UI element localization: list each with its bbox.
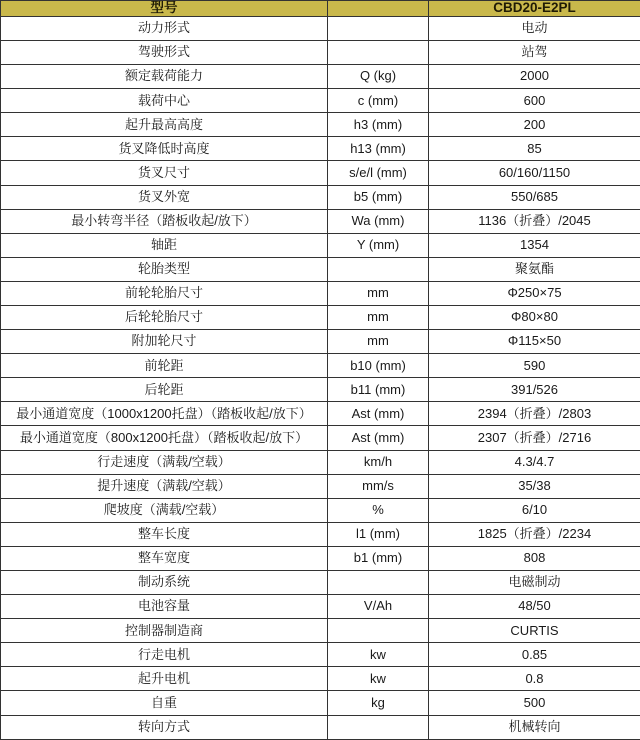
spec-unit: kw: [328, 643, 429, 667]
spec-label: 行走电机: [1, 643, 328, 667]
spec-value: 2307（折叠）/2716: [429, 426, 640, 450]
spec-value: 200: [429, 113, 640, 137]
spec-label: 转向方式: [1, 715, 328, 739]
spec-label: 载荷中心: [1, 89, 328, 113]
spec-label: 驾驶形式: [1, 40, 328, 64]
spec-label: 提升速度（满载/空载）: [1, 474, 328, 498]
spec-unit: mm: [328, 305, 429, 329]
spec-unit: kw: [328, 667, 429, 691]
spec-value: 391/526: [429, 378, 640, 402]
spec-value: 808: [429, 546, 640, 570]
spec-value: 6/10: [429, 498, 640, 522]
spec-unit: [328, 257, 429, 281]
spec-label: 轮胎类型: [1, 257, 328, 281]
spec-label: 货叉降低时高度: [1, 137, 328, 161]
header-model-label: 型号: [1, 1, 328, 17]
spec-value: 0.85: [429, 643, 640, 667]
spec-value: 站驾: [429, 40, 640, 64]
spec-label: 电池容量: [1, 595, 328, 619]
spec-value: 0.8: [429, 667, 640, 691]
spec-unit: km/h: [328, 450, 429, 474]
spec-row: 行走速度（满载/空载）km/h4.3/4.7: [1, 450, 640, 474]
spec-table-body: 动力形式电动驾驶形式站驾额定载荷能力Q (kg)2000载荷中心c (mm)60…: [1, 16, 640, 739]
spec-label: 货叉尺寸: [1, 161, 328, 185]
spec-value: 聚氨酯: [429, 257, 640, 281]
spec-row: 前轮距b10 (mm)590: [1, 354, 640, 378]
spec-label: 额定载荷能力: [1, 65, 328, 89]
spec-label: 控制器制造商: [1, 619, 328, 643]
spec-row: 货叉尺寸s/e/l (mm)60/160/1150: [1, 161, 640, 185]
spec-value: 机械转向: [429, 715, 640, 739]
spec-label: 后轮距: [1, 378, 328, 402]
spec-row: 前轮轮胎尺寸mmΦ250×75: [1, 281, 640, 305]
spec-row: 轮胎类型聚氨酯: [1, 257, 640, 281]
spec-row: 后轮距b11 (mm)391/526: [1, 378, 640, 402]
spec-unit: mm: [328, 281, 429, 305]
spec-unit: b1 (mm): [328, 546, 429, 570]
spec-row: 后轮轮胎尺寸mmΦ80×80: [1, 305, 640, 329]
spec-unit: b10 (mm): [328, 354, 429, 378]
spec-label: 爬坡度（满载/空载）: [1, 498, 328, 522]
spec-label: 行走速度（满载/空载）: [1, 450, 328, 474]
spec-unit: %: [328, 498, 429, 522]
spec-label: 整车宽度: [1, 546, 328, 570]
spec-value: CURTIS: [429, 619, 640, 643]
spec-unit: [328, 40, 429, 64]
spec-value: Φ80×80: [429, 305, 640, 329]
spec-row: 轴距Y (mm)1354: [1, 233, 640, 257]
spec-value: 35/38: [429, 474, 640, 498]
spec-row: 提升速度（满载/空载）mm/s35/38: [1, 474, 640, 498]
spec-value: 60/160/1150: [429, 161, 640, 185]
spec-row: 电池容量V/Ah48/50: [1, 595, 640, 619]
spec-header-row: 型号 CBD20-E2PL: [1, 1, 640, 17]
spec-unit: Ast (mm): [328, 402, 429, 426]
spec-label: 后轮轮胎尺寸: [1, 305, 328, 329]
spec-row: 整车宽度b1 (mm)808: [1, 546, 640, 570]
spec-unit: V/Ah: [328, 595, 429, 619]
spec-label: 附加轮尺寸: [1, 330, 328, 354]
spec-row: 自重kg500: [1, 691, 640, 715]
spec-unit: h3 (mm): [328, 113, 429, 137]
spec-unit: b11 (mm): [328, 378, 429, 402]
spec-row: 动力形式电动: [1, 16, 640, 40]
spec-row: 附加轮尺寸mmΦ115×50: [1, 330, 640, 354]
spec-label: 自重: [1, 691, 328, 715]
spec-unit: s/e/l (mm): [328, 161, 429, 185]
spec-unit: c (mm): [328, 89, 429, 113]
spec-row: 控制器制造商CURTIS: [1, 619, 640, 643]
spec-row: 起升最高高度h3 (mm)200: [1, 113, 640, 137]
spec-row: 最小转弯半径（踏板收起/放下）Wa (mm)1136（折叠）/2045: [1, 209, 640, 233]
spec-row: 整车长度l1 (mm)1825（折叠）/2234: [1, 522, 640, 546]
spec-value: 1825（折叠）/2234: [429, 522, 640, 546]
spec-value: Φ115×50: [429, 330, 640, 354]
spec-unit: [328, 715, 429, 739]
spec-value: 600: [429, 89, 640, 113]
spec-row: 货叉降低时高度h13 (mm)85: [1, 137, 640, 161]
spec-unit: Q (kg): [328, 65, 429, 89]
spec-unit: b5 (mm): [328, 185, 429, 209]
spec-value: 电磁制动: [429, 571, 640, 595]
spec-value: 590: [429, 354, 640, 378]
spec-label: 整车长度: [1, 522, 328, 546]
spec-unit: kg: [328, 691, 429, 715]
spec-value: 500: [429, 691, 640, 715]
spec-row: 最小通道宽度（800x1200托盘）（踏板收起/放下）Ast (mm)2307（…: [1, 426, 640, 450]
spec-row: 起升电机kw0.8: [1, 667, 640, 691]
spec-value: Φ250×75: [429, 281, 640, 305]
spec-row: 行走电机kw0.85: [1, 643, 640, 667]
spec-unit: l1 (mm): [328, 522, 429, 546]
spec-label: 动力形式: [1, 16, 328, 40]
spec-row: 转向方式机械转向: [1, 715, 640, 739]
spec-unit: Wa (mm): [328, 209, 429, 233]
spec-value: 2394（折叠）/2803: [429, 402, 640, 426]
spec-value: 电动: [429, 16, 640, 40]
spec-value: 48/50: [429, 595, 640, 619]
spec-row: 制动系统电磁制动: [1, 571, 640, 595]
spec-value: 2000: [429, 65, 640, 89]
spec-row: 货叉外宽b5 (mm)550/685: [1, 185, 640, 209]
spec-label: 前轮轮胎尺寸: [1, 281, 328, 305]
spec-value: 550/685: [429, 185, 640, 209]
header-model-value: CBD20-E2PL: [429, 1, 640, 17]
spec-unit: [328, 16, 429, 40]
spec-label: 轴距: [1, 233, 328, 257]
spec-unit: [328, 619, 429, 643]
spec-row: 额定载荷能力Q (kg)2000: [1, 65, 640, 89]
spec-unit: Y (mm): [328, 233, 429, 257]
spec-unit: mm: [328, 330, 429, 354]
spec-row: 爬坡度（满载/空载）%6/10: [1, 498, 640, 522]
spec-label: 最小通道宽度（1000x1200托盘）（踏板收起/放下）: [1, 402, 328, 426]
spec-label: 起升电机: [1, 667, 328, 691]
spec-value: 1354: [429, 233, 640, 257]
spec-table: 型号 CBD20-E2PL 动力形式电动驾驶形式站驾额定载荷能力Q (kg)20…: [0, 0, 640, 740]
spec-value: 85: [429, 137, 640, 161]
header-unit-cell: [328, 1, 429, 17]
spec-value: 1136（折叠）/2045: [429, 209, 640, 233]
spec-label: 前轮距: [1, 354, 328, 378]
spec-value: 4.3/4.7: [429, 450, 640, 474]
spec-row: 载荷中心c (mm)600: [1, 89, 640, 113]
spec-label: 起升最高高度: [1, 113, 328, 137]
spec-unit: Ast (mm): [328, 426, 429, 450]
spec-label: 最小通道宽度（800x1200托盘）（踏板收起/放下）: [1, 426, 328, 450]
spec-row: 驾驶形式站驾: [1, 40, 640, 64]
spec-label: 最小转弯半径（踏板收起/放下）: [1, 209, 328, 233]
spec-unit: [328, 571, 429, 595]
spec-label: 货叉外宽: [1, 185, 328, 209]
spec-unit: mm/s: [328, 474, 429, 498]
spec-row: 最小通道宽度（1000x1200托盘）（踏板收起/放下）Ast (mm)2394…: [1, 402, 640, 426]
spec-unit: h13 (mm): [328, 137, 429, 161]
spec-label: 制动系统: [1, 571, 328, 595]
